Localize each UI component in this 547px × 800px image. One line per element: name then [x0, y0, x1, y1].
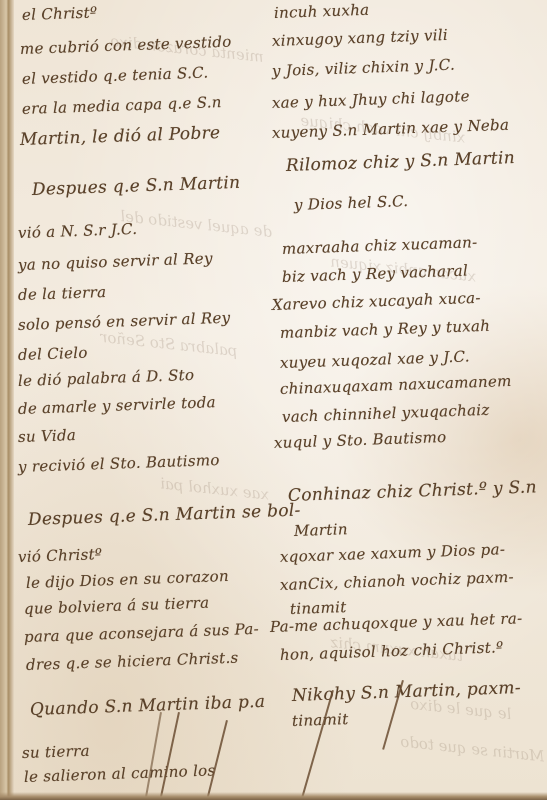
text-line: xinxugoy xang tziy vili: [272, 26, 449, 50]
text-line: le salieron al camino los: [24, 761, 216, 786]
text-line: y Dios hel S.C.: [294, 192, 409, 214]
text-line: y Jois, viliz chixin y J.C.: [272, 56, 456, 80]
section-heading: Despues q.e S.n Martin se bol-: [28, 500, 301, 530]
manuscript-page: mienta corazon dixo xinbij chi vach chiq…: [0, 0, 547, 800]
text-line: para que aconsejara á sus Pa-: [24, 620, 260, 646]
text-line: xanCix, chianoh vochiz paxm-: [280, 568, 514, 594]
section-heading: Rilomoz chiz y S.n Martin: [286, 148, 516, 176]
bleed-through-text: Martin se que todo: [399, 732, 545, 765]
text-line: biz vach y Rey vacharal: [282, 262, 469, 286]
section-heading: Quando S.n Martin iba p.a: [30, 692, 266, 720]
text-line: xuyeu xuqozal xae y J.C.: [280, 347, 470, 372]
text-line: que bolviera á su tierra: [24, 594, 210, 618]
text-line: maxraaha chiz xucaman-: [282, 233, 478, 258]
text-line: de la tierra: [18, 283, 107, 304]
text-line: era la media capa q.e S.n: [22, 93, 222, 118]
text-line: de amarle y servirle toda: [18, 393, 216, 418]
page-binding-edge: [0, 0, 14, 800]
text-line: del Cielo: [18, 344, 88, 364]
text-line: vió a N. S.r J.C.: [18, 220, 138, 242]
text-line: le dijo Dios en su corazon: [26, 567, 229, 592]
text-line: chinaxuqaxam naxucamanem: [280, 372, 512, 398]
text-line: el Christº: [22, 3, 98, 24]
pen-stroke-mark: [159, 712, 180, 800]
text-line: ya no quiso servir al Rey: [18, 249, 213, 274]
text-line: le dió palabra á D. Sto: [18, 366, 195, 390]
pen-stroke-mark: [206, 720, 227, 800]
text-line: el vestido q.e tenia S.C.: [22, 63, 209, 87]
pen-stroke-mark: [144, 712, 161, 800]
section-heading: Despues q.e S.n Martin: [32, 173, 241, 200]
text-line: manbiz vach y Rey y tuxah: [280, 317, 491, 342]
text-line: Martin, le dió al Pobre: [20, 123, 221, 150]
text-line: xuqul y Sto. Bautismo: [274, 428, 447, 452]
text-line: incuh xuxha: [274, 1, 370, 22]
text-line: Martin: [294, 520, 348, 540]
bleed-through-text: xae xuxhol pai: [159, 474, 270, 503]
page-bottom-edge: [0, 792, 547, 800]
text-line: vach chinnihel yxuqachaiz: [282, 401, 490, 426]
bleed-through-text: palabra Sto Señor: [99, 328, 238, 360]
text-line: xae y hux Jhuy chi lagote: [272, 87, 470, 112]
section-heading: Conhinaz chiz Christ.º y S.n: [288, 477, 538, 506]
text-line: xqoxar xae xaxum y Dios pa-: [280, 540, 506, 566]
text-line: su Vida: [18, 426, 77, 446]
text-line: hon, aquisol hoz chi Christ.º: [280, 638, 504, 664]
text-line: solo pensó en servir al Rey: [18, 309, 231, 334]
text-line: y recivió el Sto. Bautismo: [18, 451, 220, 476]
text-line: vió Christº: [18, 545, 103, 566]
text-line: su tierra: [22, 742, 90, 762]
text-line: Xarevo chiz xucayah xuca-: [272, 289, 481, 314]
pen-stroke-mark: [301, 690, 333, 798]
text-line: dres q.e se hiciera Christ.s: [26, 649, 239, 674]
bleed-through-text: de aquel vestido del: [119, 207, 272, 241]
